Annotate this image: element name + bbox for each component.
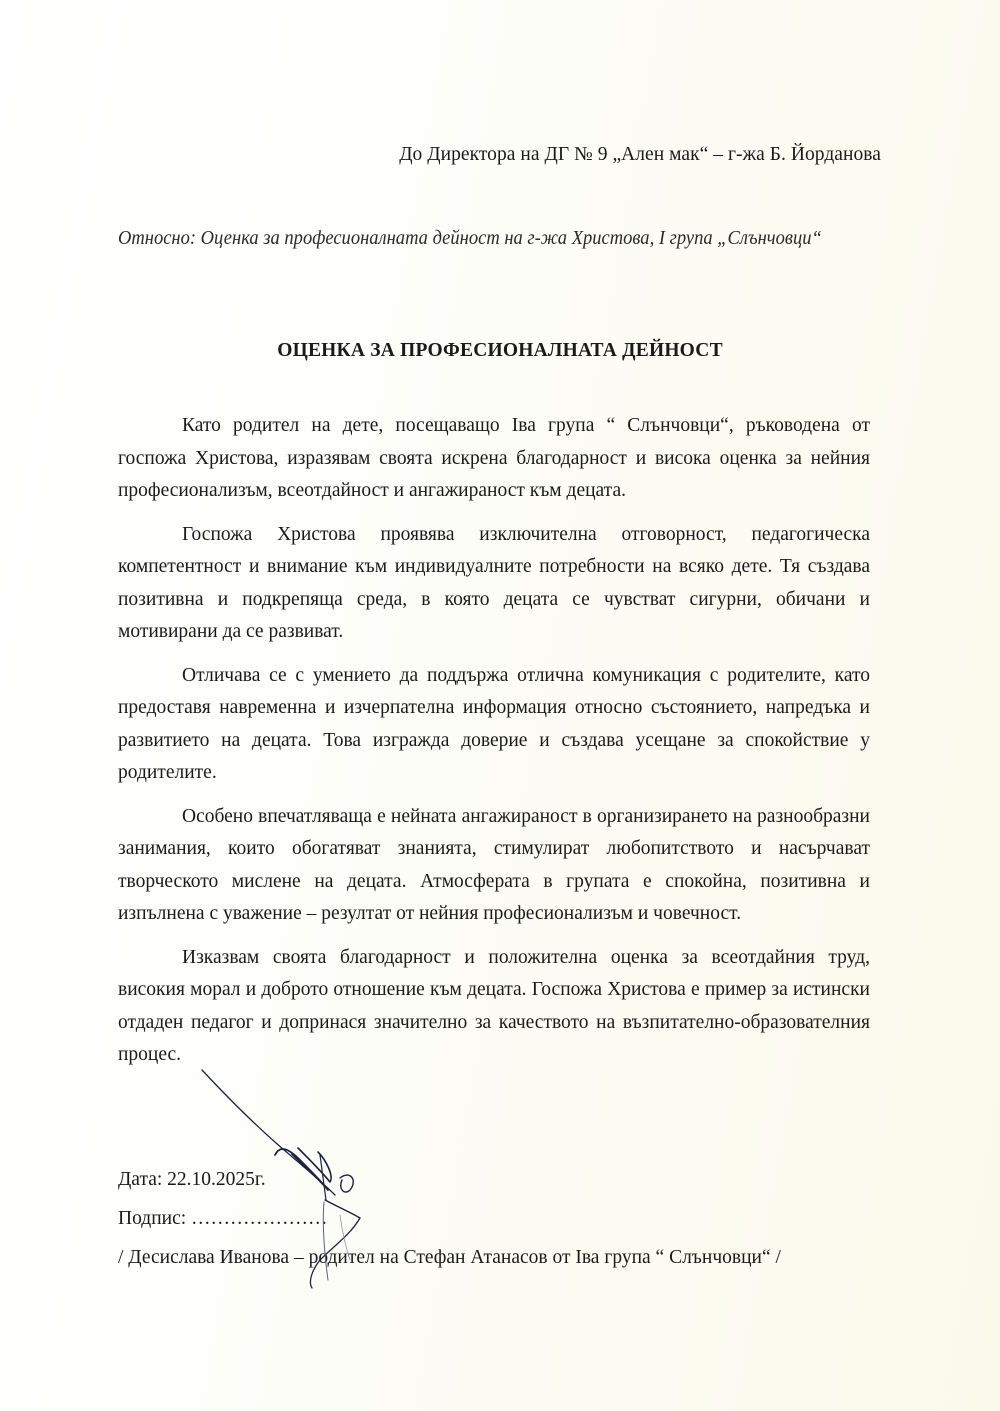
document-title: ОЦЕНКА ЗА ПРОФЕСИОНАЛНАТА ДЕЙНОСТ [0, 340, 1000, 362]
paragraph: Отличава се с умението да поддържа отлич… [118, 660, 870, 790]
document-body: Като родител на дете, посещаващо Iва гру… [118, 410, 870, 1083]
paragraph: Особено впечатляваща е нейната ангажиран… [118, 801, 870, 931]
paragraph: Изказвам своята благодарност и положител… [118, 942, 870, 1072]
paragraph: Госпожа Христова проявява изключителна о… [118, 519, 870, 649]
document-page: До Директора на ДГ № 9 „Ален мак“ – г-жа… [0, 0, 1000, 1411]
addressee-line: До Директора на ДГ № 9 „Ален мак“ – г-жа… [399, 144, 881, 166]
subject-line: Относно: Оценка за професионалната дейно… [118, 221, 882, 257]
handwritten-signature-icon [200, 1060, 400, 1290]
paragraph: Като родител на дете, посещаващо Iва гру… [118, 410, 870, 508]
